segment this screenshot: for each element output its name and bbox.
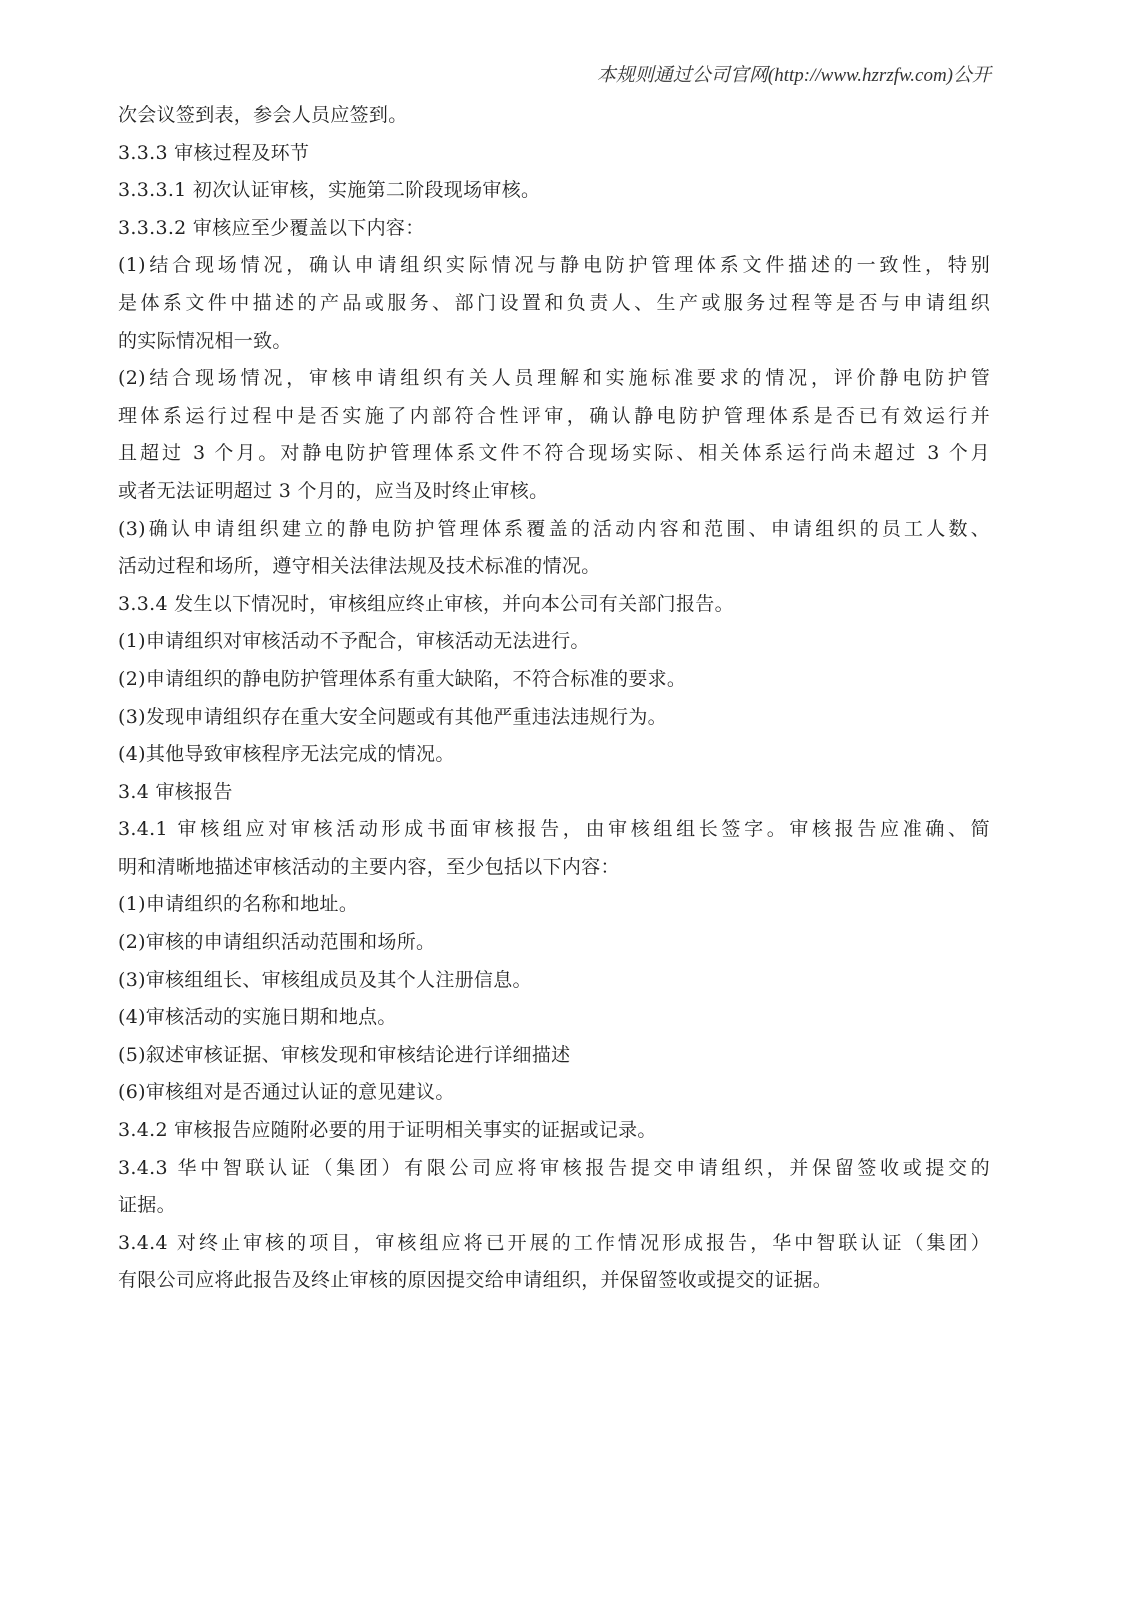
text-line: (3)审核组组长、审核组成员及其个人注册信息。 — [118, 962, 990, 1000]
text-line: (3)发现申请组织存在重大安全问题或有其他严重违法违规行为。 — [118, 699, 990, 737]
text-line: 是体系文件中描述的产品或服务、部门设置和负责人、生产或服务过程等是否与申请组织 — [118, 285, 990, 323]
text-line: 有限公司应将此报告及终止审核的原因提交给申请组织，并保留签收或提交的证据。 — [118, 1262, 990, 1300]
text-line: 或者无法证明超过 3 个月的，应当及时终止审核。 — [118, 473, 990, 511]
text-line: (1)申请组织的名称和地址。 — [118, 886, 990, 924]
document-page: 本规则通过公司官网(http://www.hzrzfw.com)公开 次会议签到… — [0, 0, 1131, 1600]
text-line: 3.3.3.2 审核应至少覆盖以下内容： — [118, 210, 990, 248]
text-line: (2)审核的申请组织活动范围和场所。 — [118, 924, 990, 962]
text-line: 次会议签到表，参会人员应签到。 — [118, 97, 990, 135]
text-line: (6)审核组对是否通过认证的意见建议。 — [118, 1074, 990, 1112]
text-line: 3.4.1 审核组应对审核活动形成书面审核报告，由审核组组长签字。审核报告应准确… — [118, 811, 990, 849]
text-line: 3.4.3 华中智联认证（集团）有限公司应将审核报告提交申请组织，并保留签收或提… — [118, 1150, 990, 1188]
text-line: 证据。 — [118, 1187, 990, 1225]
document-body: 次会议签到表，参会人员应签到。 3.3.3 审核过程及环节 3.3.3.1 初次… — [118, 97, 990, 1300]
text-line: (2)申请组织的静电防护管理体系有重大缺陷，不符合标准的要求。 — [118, 661, 990, 699]
section-heading-3-4: 3.4 审核报告 — [118, 774, 990, 812]
text-line: 且超过 3 个月。对静电防护管理体系文件不符合现场实际、相关体系运行尚未超过 3… — [118, 435, 990, 473]
text-line: 3.4.4 对终止审核的项目，审核组应将已开展的工作情况形成报告，华中智联认证（… — [118, 1225, 990, 1263]
text-line: (3)确认申请组织建立的静电防护管理体系覆盖的活动内容和范围、申请组织的员工人数… — [118, 511, 990, 549]
text-line: (4)审核活动的实施日期和地点。 — [118, 999, 990, 1037]
text-line: (1)申请组织对审核活动不予配合，审核活动无法进行。 — [118, 623, 990, 661]
page-header-note: 本规则通过公司官网(http://www.hzrzfw.com)公开 — [597, 60, 991, 87]
text-line: 理体系运行过程中是否实施了内部符合性评审，确认静电防护管理体系是否已有效运行并 — [118, 398, 990, 436]
text-line: 活动过程和场所，遵守相关法律法规及技术标准的情况。 — [118, 548, 990, 586]
text-line: (5)叙述审核证据、审核发现和审核结论进行详细描述 — [118, 1037, 990, 1075]
text-line: 3.4.2 审核报告应随附必要的用于证明相关事实的证据或记录。 — [118, 1112, 990, 1150]
text-line: 3.3.4 发生以下情况时，审核组应终止审核，并向本公司有关部门报告。 — [118, 586, 990, 624]
text-line: (1)结合现场情况，确认申请组织实际情况与静电防护管理体系文件描述的一致性，特别 — [118, 247, 990, 285]
text-line: (4)其他导致审核程序无法完成的情况。 — [118, 736, 990, 774]
text-line: 明和清晰地描述审核活动的主要内容，至少包括以下内容： — [118, 849, 990, 887]
text-line: 3.3.3.1 初次认证审核，实施第二阶段现场审核。 — [118, 172, 990, 210]
text-line: (2)结合现场情况，审核申请组织有关人员理解和实施标准要求的情况，评价静电防护管 — [118, 360, 990, 398]
section-heading-3-3-3: 3.3.3 审核过程及环节 — [118, 135, 990, 173]
text-line: 的实际情况相一致。 — [118, 323, 990, 361]
